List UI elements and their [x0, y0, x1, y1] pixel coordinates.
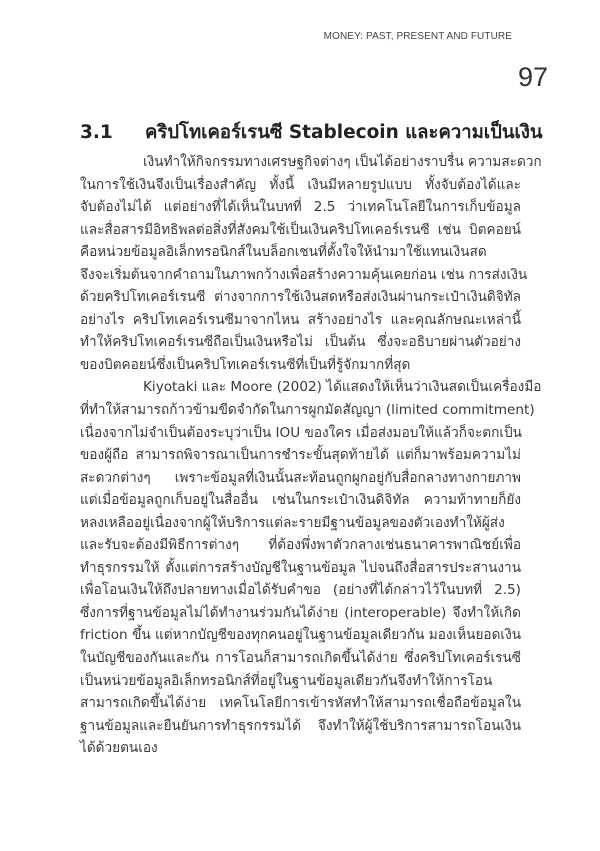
paragraph-2-line: เนื่องจากไม่จำเป็นต้องระบุว่าเป็น IOU ขอ…: [80, 422, 521, 445]
paragraph-2-line: ฐานข้อมูลและยืนยันการทำธุรกรรมได้ จึงทำใ…: [80, 715, 521, 738]
paragraph-2-line: หลงเหลืออยู่เนื่องจากผู้ให้บริการแต่ละรา…: [80, 512, 521, 535]
paragraph-2-line: ทำธุรกรรมให้ ตั้งแต่การสร้างบัญชีในฐานข้…: [80, 557, 521, 580]
paragraph-2-line: ของผู้ถือ สามารถพิจารณาเป็นการชำระขั้นสุ…: [80, 444, 521, 467]
paragraph-2-line: Kiyotaki และ Moore (2002) ได้แสดงให้เห็น…: [80, 376, 521, 399]
paragraph-2-line: สามารถเกิดขึ้นได้ง่าย เทคโนโลยีการเข้ารห…: [80, 692, 521, 715]
paragraph-1-line: ในการใช้เงินจึงเป็นเรื่องสำคัญ ทั้งนี้ เ…: [80, 174, 521, 197]
paragraph-2-line: ที่ทำให้สามารถก้าวข้ามขีดจำกัดในการผูกมั…: [80, 399, 521, 422]
paragraph-1-line: ด้วยคริปโทเคอร์เรนซี ต่างจากการใช้เงินสด…: [80, 286, 521, 309]
paragraph-1-line: คือหน่วยข้อมูลอิเล็กทรอนิกส์ในบล็อกเชนที…: [80, 241, 521, 264]
page-number: 97: [518, 64, 548, 91]
paragraph-1-line: อย่างไร คริปโทเคอร์เรนซีมาจากไหน สร้างอย…: [80, 309, 521, 332]
paragraph-2-line: เพื่อโอนเงินให้ถึงปลายทางเมื่อได้รับคำขอ…: [80, 579, 521, 602]
paragraph-2-line: สะดวกต่างๆ เพราะข้อมูลที่เงินนั้นสะท้อนถ…: [80, 467, 521, 490]
section-title: คริปโทเคอร์เรนซี Stablecoin และความเป็นเ…: [145, 118, 543, 147]
paragraph-2-line: ในบัญชีของกันและกัน การโอนก็สามารถเกิดขึ…: [80, 647, 521, 670]
section-number: 3.1: [80, 122, 145, 143]
running-header: MONEY: PAST, PRESENT AND FUTURE: [324, 31, 512, 42]
paragraph-1-line: จับต้องไม่ได้ แต่อย่างที่ได้เห็นในบทที่ …: [80, 196, 521, 219]
paragraph-2-line: ได้ด้วยตนเอง: [80, 737, 521, 760]
paragraph-2-line: แต่เมื่อข้อมูลถูกเก็บอยู่ในสื่ออื่น เช่น…: [80, 489, 521, 512]
paragraph-2-line: และรับจะต้องมีพิธีการต่างๆ ที่ต้องพึ่งพา…: [80, 534, 521, 557]
section-heading: 3.1 คริปโทเคอร์เรนซี Stablecoin และความเ…: [80, 118, 543, 147]
paragraph-1-line: ทำให้คริปโทเคอร์เรนซีถือเป็นเงินหรือไม่ …: [80, 331, 521, 354]
paragraph-2-line: เป็นหน่วยข้อมูลอิเล็กทรอนิกส์ที่อยู่ในฐา…: [80, 670, 521, 693]
paragraph-1-line: และสื่อสารมีอิทธิพลต่อสิ่งที่สังคมใช้เป็…: [80, 219, 521, 242]
body-text: เงินทำให้กิจกรรมทางเศรษฐกิจต่างๆ เป็นได้…: [80, 151, 521, 760]
paragraph-2-line: friction ขึ้น แต่หากบัญชีของทุกคนอยู่ในฐ…: [80, 624, 521, 647]
paragraph-1-line: เงินทำให้กิจกรรมทางเศรษฐกิจต่างๆ เป็นได้…: [80, 151, 521, 174]
paragraph-2-line: ซึ่งการที่ฐานข้อมูลไม่ได้ทำงานร่วมกันได้…: [80, 602, 521, 625]
paragraph-1-line: จึงจะเริ่มต้นจากคำถามในภาพกว้างเพื่อสร้า…: [80, 264, 521, 287]
paragraph-1-line: ของบิตคอยน์ซึ่งเป็นคริปโทเคอร์เรนซีที่เป…: [80, 354, 521, 377]
